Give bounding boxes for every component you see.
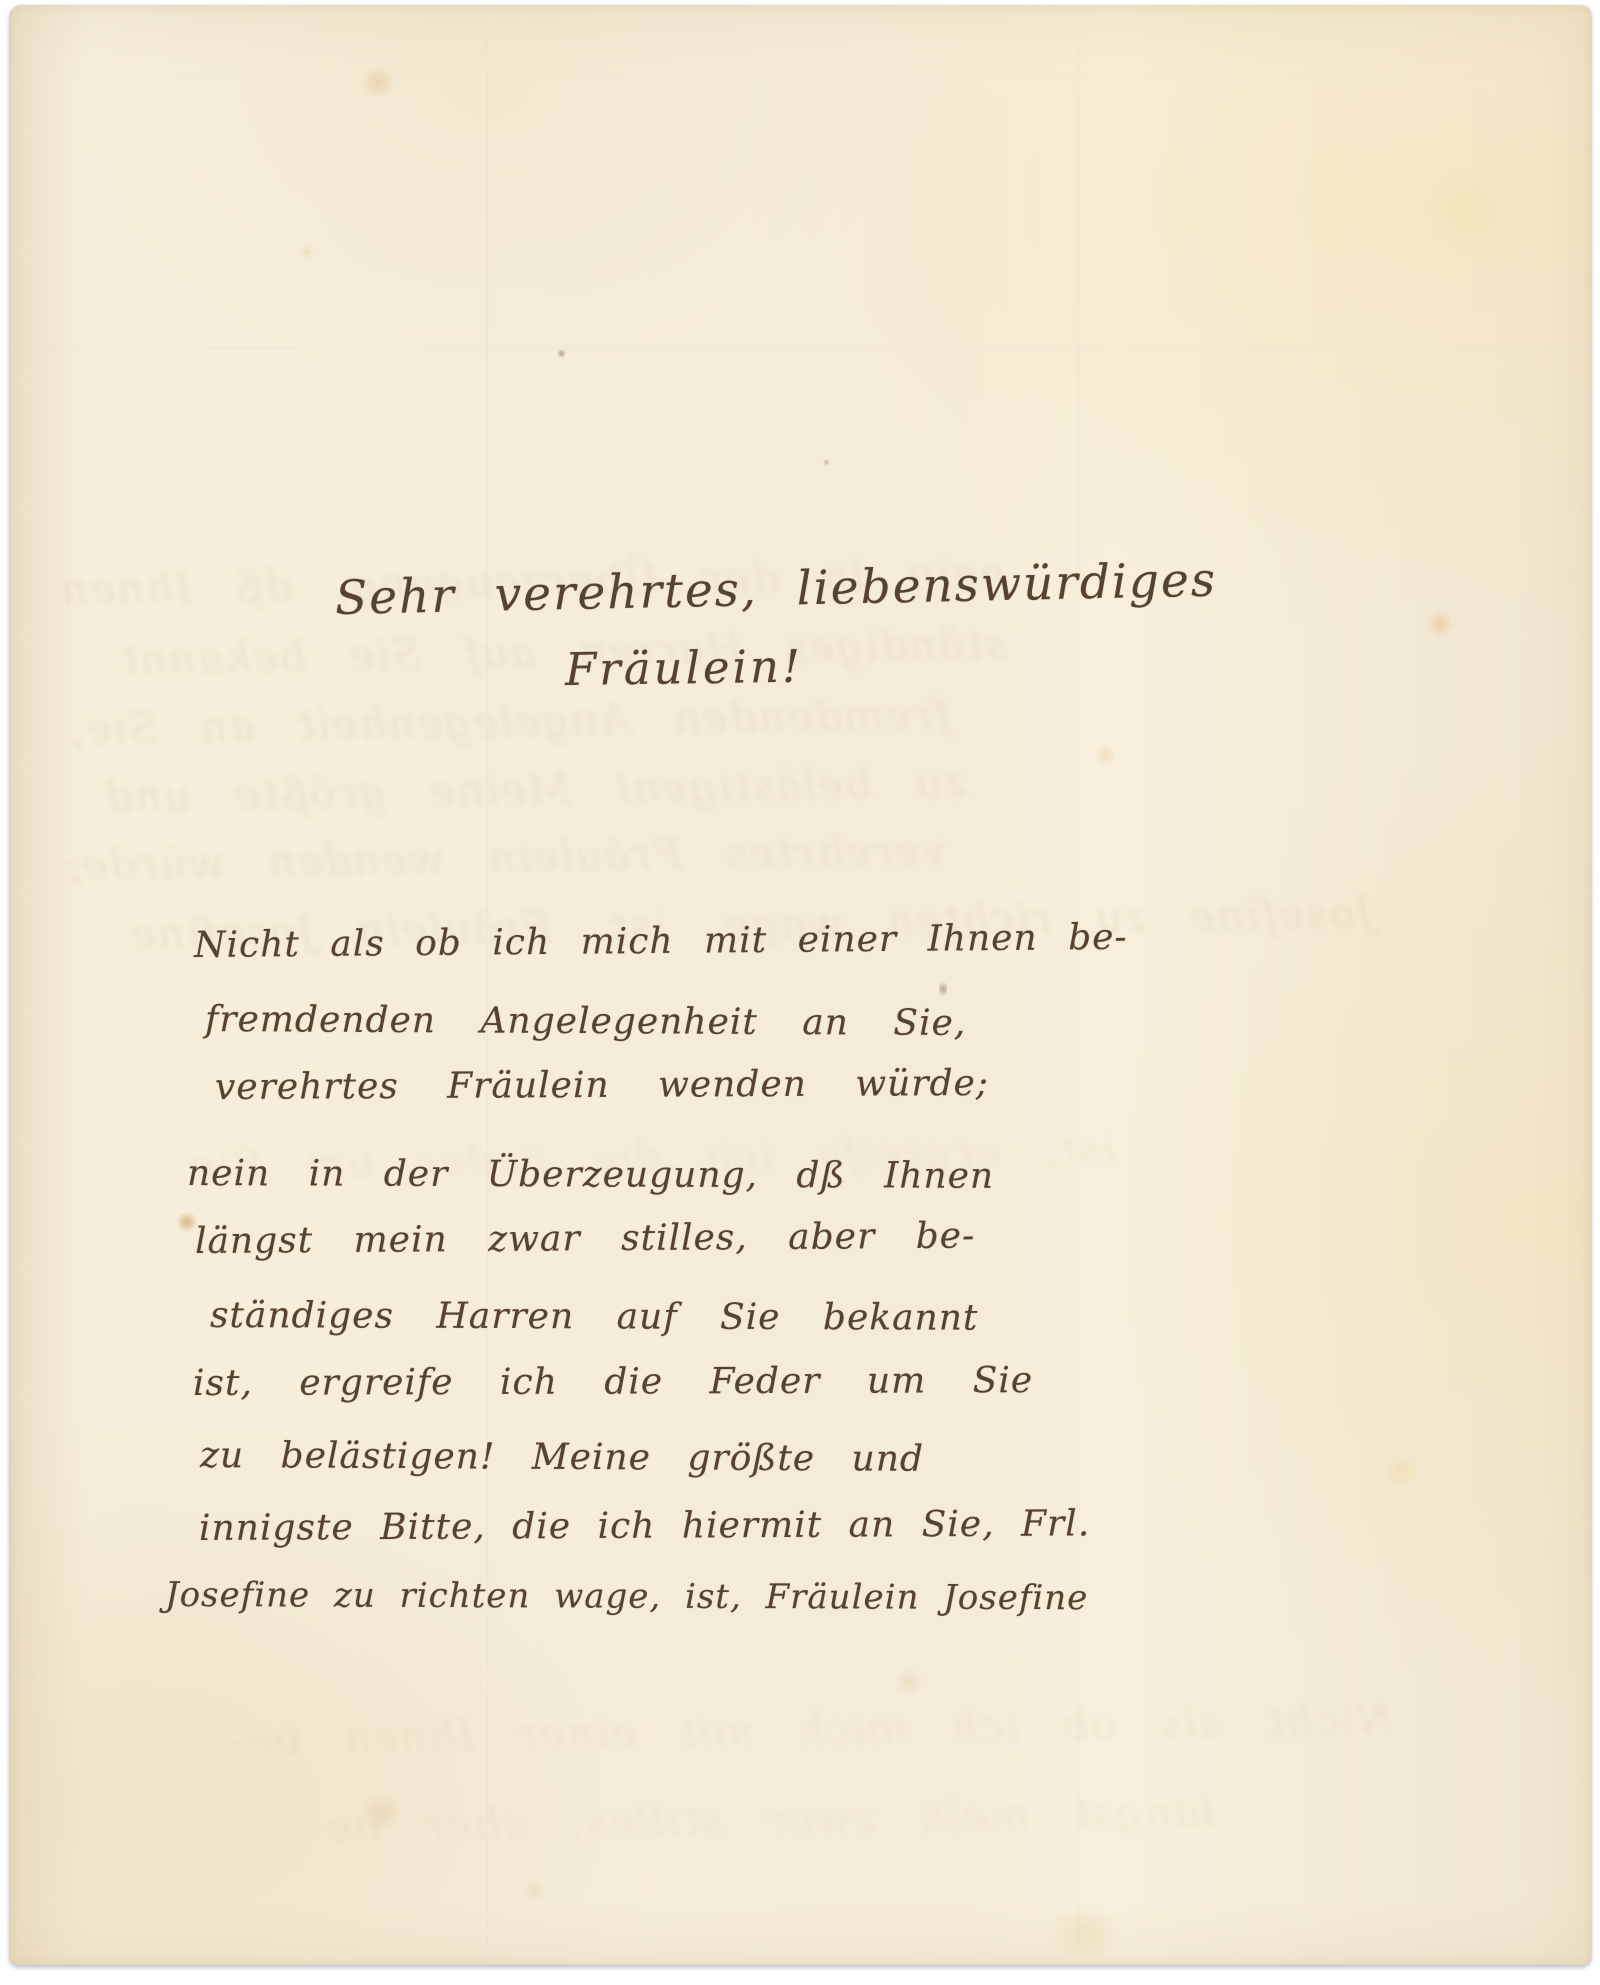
letter-line-8: zu belästigen! Meine größte und [200,1435,924,1480]
foxing-spot [1093,745,1117,765]
salutation-line-2: Fräulein! [565,640,804,696]
letter-line-5: längst mein zwar stilles, aber be- [195,1216,975,1262]
fold-crease-horizontal [9,347,1591,350]
bleed-through-line: zu belästigen! Meine größte und [104,757,967,821]
foxing-spot [893,1669,925,1695]
letter-line-6: ständiges Harren auf Sie bekannt [210,1295,979,1339]
letter-line-9: innigste Bitte, die ich hiermit an Sie, … [199,1503,1090,1549]
ink-speck [823,459,830,466]
letter-line-1: Nicht als ob ich mich mit einer Ihnen be… [194,917,1128,966]
fold-crease-vertical-left [487,5,490,1965]
bleed-through-line: fremdenden Angelegenheit an Sie, [69,689,951,753]
ink-speck [939,980,947,998]
foxing-spot [1425,611,1455,637]
bleed-through-line: längst mein zwar stilles, aber be- [309,1787,1215,1852]
letter-line-10: Josefine zu richten wage, ist, Fräulein … [165,1575,1088,1618]
fold-crease-vertical-right [1077,5,1080,1965]
foxing-spot [1417,165,1527,255]
letter-line-4: nein in der Überzeugung, dß Ihnen [187,1153,994,1197]
letter-paper: nein in der Überzeugung, dß Ihnen ständi… [9,5,1591,1965]
foxing-spot [357,1793,407,1831]
bleed-through-line: Nicht als ob ich mich mit einer Ihnen be… [229,1695,1393,1764]
ink-speck [557,349,566,358]
bleed-through-line: ständiges Harren auf Sie bekannt [119,619,1007,683]
foxing-spot [1379,1453,1423,1487]
scan-background: nein in der Überzeugung, dß Ihnen ständi… [0,0,1600,1985]
foxing-spot [521,1881,547,1901]
letter-line-7: ist, ergreife ich die Feder um Sie [193,1360,1033,1404]
letter-line-3: verehrtes Fräulein wenden würde; [215,1063,989,1108]
foxing-spot [1039,1913,1129,1957]
bleed-through-line: verehrtes Fräulein wenden würde; [64,825,946,889]
letter-line-2: fremdenden Angelegenheit an Sie, [205,999,967,1044]
foxing-spot [359,67,397,97]
salutation-line-1: Sehr verehrtes, liebenswürdiges [334,553,1217,626]
foxing-spot [299,245,315,259]
